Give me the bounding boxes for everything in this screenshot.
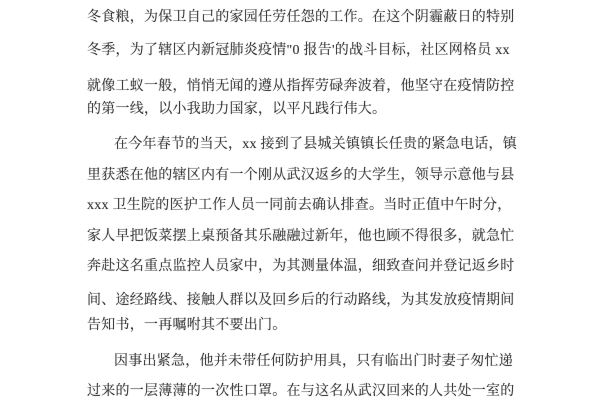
text-line-11: 告知书，一再嘱咐其不要出门。 <box>87 318 287 334</box>
text-line-5-paragraph-start: 在今年春节的当天，xx 接到了县城关镇镇长任贵的紧急电话，镇 <box>114 137 517 153</box>
text-line-2: 冬季，为了辖区内新冠肺炎疫情"0 报告'的战斗目标，社区网格员 xx <box>87 43 510 59</box>
text-line-4: 的第一线，以小我助力国家，以平凡践行伟大。 <box>87 102 386 118</box>
document-page: 冬食粮，为保卫自己的家园任劳任怨的工作。在这个阴霾蔽日的特别 冬季，为了辖区内新… <box>0 0 600 400</box>
text-line-6: 里获悉在他的辖区内有一个刚从武汉返乡的大学生，领导示意他与县 <box>87 168 515 184</box>
text-line-10: 间、途经路线、接触人群以及回乡后的行动路线，为其发放疫情期间 <box>87 293 515 309</box>
text-line-8: 家人早把饭菜摆上桌预备其乐融融过新年，他也顾不得很多，就急忙 <box>87 229 515 245</box>
text-line-13: 过来的一层薄薄的一次性口罩。在与这名从武汉回来的人共处一室的 <box>87 384 515 400</box>
text-line-7: xxx 卫生院的医护工作人员一同前去确认排查。当时正值中午时分， <box>87 198 512 214</box>
text-line-3: 就像工蚁一般，悄悄无闻的遵从指挥劳碌奔波着，他坚守在疫情防控 <box>87 79 515 95</box>
text-line-12-paragraph-start: 因事出紧急，他并未带任何防护用具，只有临出门时妻子匆忙递 <box>114 354 513 370</box>
text-line-1: 冬食粮，为保卫自己的家园任劳任怨的工作。在这个阴霾蔽日的特别 <box>87 10 515 26</box>
text-line-9: 奔赴这名重点监控人员家中，为其测量体温，细致查问并登记返乡时 <box>87 259 515 275</box>
